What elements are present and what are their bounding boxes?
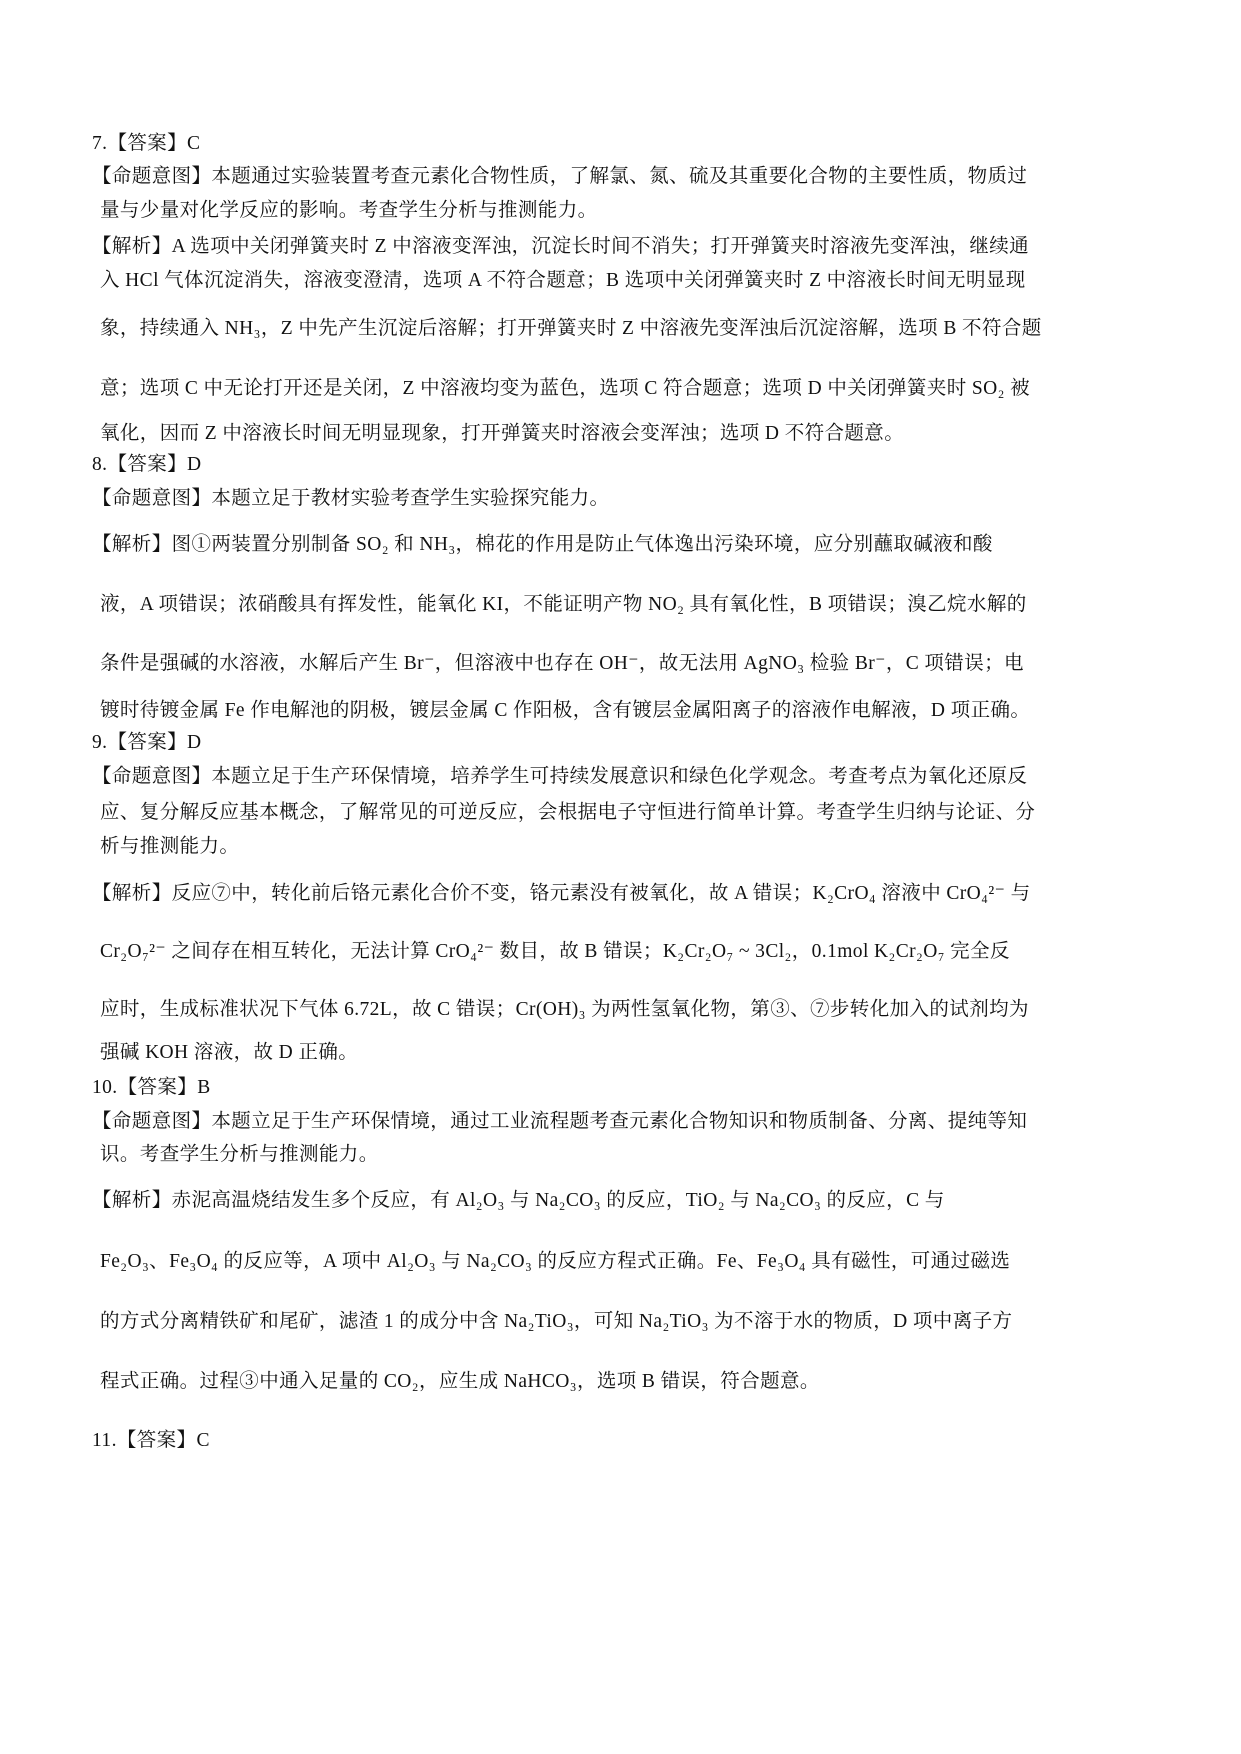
q9-analysis-line-4: 强碱 KOH 溶液，故 D 正确。 <box>100 1040 1150 1066</box>
q8-answer-label: 【答案】 <box>107 454 187 475</box>
q7-answer-line: 7.【答案】C <box>92 131 1142 157</box>
q8-analysis-line-2: 液，A 项错误；浓硝酸具有挥发性，能氧化 KI，不能证明产物 NO₂ 具有氧化性… <box>100 592 1150 618</box>
q8-intent-label: 【命题意图】 <box>92 488 211 509</box>
q9-intent-line-1: 【命题意图】本题立足于生产环保情境，培养学生可持续发展意识和绿色化学观念。考查考… <box>92 764 1142 790</box>
q9-answer: D <box>187 732 201 753</box>
q7-analysis-text: A 选项中关闭弹簧夹时 Z 中溶液变浑浊，沉淀长时间不消失；打开弹簧夹时溶液先变… <box>172 236 1029 257</box>
q9-intent-text: 本题立足于生产环保情境，培养学生可持续发展意识和绿色化学观念。考查考点为氧化还原… <box>211 766 1027 787</box>
q9-answer-label: 【答案】 <box>107 732 187 753</box>
q10-answer-line: 10.【答案】B <box>92 1075 1142 1101</box>
q9-analysis-line-1: 【解析】反应⑦中，转化前后铬元素化合价不变，铬元素没有被氧化，故 A 错误；K₂… <box>92 881 1142 907</box>
q7-analysis-line-5: 氧化，因而 Z 中溶液长时间无明显现象，打开弹簧夹时溶液会变浑浊；选项 D 不符… <box>100 421 1150 447</box>
q8-intent-text: 本题立足于教材实验考查学生实验探究能力。 <box>211 488 609 509</box>
q9-analysis-label: 【解析】 <box>92 883 172 904</box>
q9-analysis-line-2: Cr₂O₇²⁻ 之间存在相互转化，无法计算 CrO₄²⁻ 数目，故 B 错误；K… <box>100 939 1150 965</box>
q7-analysis-label: 【解析】 <box>92 236 172 257</box>
q9-intent-label: 【命题意图】 <box>92 766 211 787</box>
q8-answer-line: 8.【答案】D <box>92 452 1142 478</box>
q8-analysis-line-3: 条件是强碱的水溶液，水解后产生 Br⁻，但溶液中也存在 OH⁻，故无法用 AgN… <box>100 651 1150 677</box>
q8-intent-line-1: 【命题意图】本题立足于教材实验考查学生实验探究能力。 <box>92 486 1142 512</box>
q9-number: 9. <box>92 732 107 753</box>
q11-answer-label: 【答案】 <box>117 1430 197 1451</box>
q7-answer: C <box>187 133 200 154</box>
q9-intent-line-3: 析与推测能力。 <box>100 834 1150 860</box>
q8-number: 8. <box>92 454 107 475</box>
q10-answer: B <box>197 1077 210 1098</box>
q9-intent-line-2: 应、复分解反应基本概念，了解常见的可逆反应，会根据电子守恒进行简单计算。考查学生… <box>100 800 1150 826</box>
q10-answer-label: 【答案】 <box>118 1077 198 1098</box>
q10-analysis-line-4: 程式正确。过程③中通入足量的 CO₂，应生成 NaHCO₃，选项 B 错误，符合… <box>100 1369 1150 1395</box>
q7-intent-text: 本题通过实验装置考查元素化合物性质，了解氯、氮、硫及其重要化合物的主要性质，物质… <box>211 166 1027 187</box>
q10-analysis-line-2: Fe₂O₃、Fe₃O₄ 的反应等，A 项中 Al₂O₃ 与 Na₂CO₃ 的反应… <box>100 1249 1150 1275</box>
q10-analysis-line-1: 【解析】赤泥高温烧结发生多个反应，有 Al₂O₃ 与 Na₂CO₃ 的反应，Ti… <box>92 1188 1142 1214</box>
q11-number: 11. <box>92 1430 117 1451</box>
answer-key-page: 7.【答案】C 【命题意图】本题通过实验装置考查元素化合物性质，了解氯、氮、硫及… <box>0 0 1241 1754</box>
q10-number: 10. <box>92 1077 118 1098</box>
q9-analysis-line-3: 应时，生成标准状况下气体 6.72L，故 C 错误；Cr(OH)₃ 为两性氢氧化… <box>100 997 1150 1023</box>
q7-analysis-line-1: 【解析】A 选项中关闭弹簧夹时 Z 中溶液变浑浊，沉淀长时间不消失；打开弹簧夹时… <box>92 234 1142 260</box>
q9-answer-line: 9.【答案】D <box>92 730 1142 756</box>
q7-intent-line-1: 【命题意图】本题通过实验装置考查元素化合物性质，了解氯、氮、硫及其重要化合物的主… <box>92 164 1142 190</box>
q10-analysis-line-3: 的方式分离精铁矿和尾矿，滤渣 1 的成分中含 Na₂TiO₃，可知 Na₂TiO… <box>100 1309 1150 1335</box>
q7-answer-label: 【答案】 <box>107 133 187 154</box>
q10-analysis-label: 【解析】 <box>92 1190 172 1211</box>
q7-number: 7. <box>92 133 107 154</box>
q10-intent-line-1: 【命题意图】本题立足于生产环保情境，通过工业流程题考查元素化合物知识和物质制备、… <box>92 1109 1142 1135</box>
q7-intent-line-2: 量与少量对化学反应的影响。考查学生分析与推测能力。 <box>100 198 1150 224</box>
q10-analysis-text: 赤泥高温烧结发生多个反应，有 Al₂O₃ 与 Na₂CO₃ 的反应，TiO₂ 与… <box>172 1190 945 1211</box>
q10-intent-label: 【命题意图】 <box>92 1111 211 1132</box>
q7-analysis-line-3: 象，持续通入 NH₃，Z 中先产生沉淀后溶解；打开弹簧夹时 Z 中溶液先变浑浊后… <box>100 316 1150 342</box>
q10-intent-line-2: 识。考查学生分析与推测能力。 <box>100 1142 1150 1168</box>
q9-analysis-text: 反应⑦中，转化前后铬元素化合价不变，铬元素没有被氧化，故 A 错误；K₂CrO₄… <box>172 883 1031 904</box>
q8-analysis-label: 【解析】 <box>92 534 172 555</box>
q8-analysis-text: 图①两装置分别制备 SO₂ 和 NH₃，棉花的作用是防止气体逸出污染环境，应分别… <box>172 534 993 555</box>
q7-analysis-line-2: 入 HCl 气体沉淀消失，溶液变澄清，选项 A 不符合题意；B 选项中关闭弹簧夹… <box>100 268 1150 294</box>
q8-analysis-line-1: 【解析】图①两装置分别制备 SO₂ 和 NH₃，棉花的作用是防止气体逸出污染环境… <box>92 532 1142 558</box>
q7-intent-label: 【命题意图】 <box>92 166 211 187</box>
q8-answer: D <box>187 454 201 475</box>
q7-analysis-line-4: 意；选项 C 中无论打开还是关闭，Z 中溶液均变为蓝色，选项 C 符合题意；选项… <box>100 376 1150 402</box>
q8-analysis-line-4: 镀时待镀金属 Fe 作电解池的阴极，镀层金属 C 作阳极，含有镀层金属阳离子的溶… <box>100 698 1150 724</box>
q10-intent-text: 本题立足于生产环保情境，通过工业流程题考查元素化合物知识和物质制备、分离、提纯等… <box>211 1111 1027 1132</box>
q11-answer: C <box>196 1430 209 1451</box>
q11-answer-line: 11.【答案】C <box>92 1428 1142 1454</box>
